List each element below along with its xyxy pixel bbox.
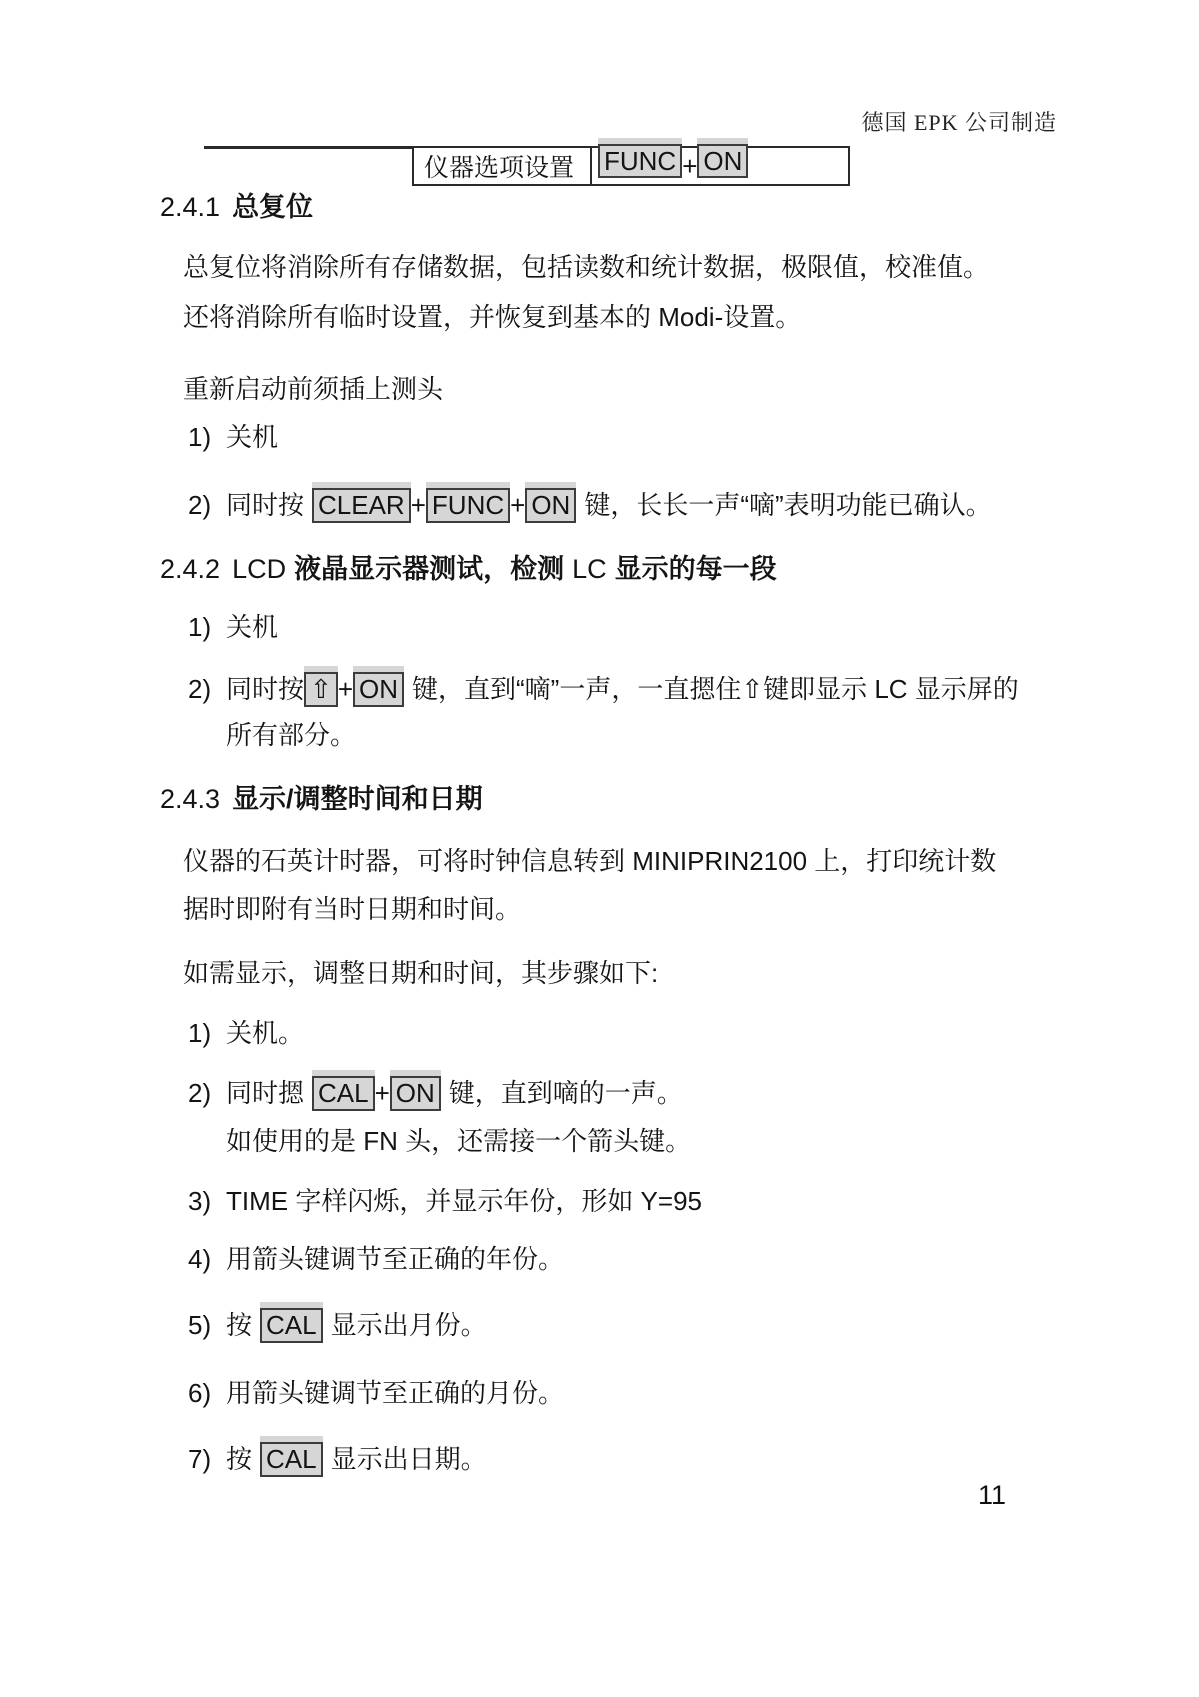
list-item-text: 同时摁: [226, 1078, 304, 1108]
section-title: 液晶显示器测试，检测: [294, 554, 564, 584]
plus-sign: +: [411, 490, 426, 520]
plus-sign: +: [375, 1078, 390, 1108]
cal-key: CAL: [260, 1442, 323, 1477]
paragraph-line: 重新启动前须插上测头: [183, 372, 443, 406]
list-item-text: 显示出月份。: [331, 1310, 487, 1340]
list-item-number: 3): [188, 1184, 226, 1218]
list-item: 1)关机: [188, 420, 278, 454]
list-item: 6)用箭头键调节至正确的月份。: [188, 1376, 564, 1410]
list-item: 2)同时摁CAL+ON键，直到嘀的一声。: [188, 1076, 683, 1111]
list-item-number: 1): [188, 610, 226, 644]
options-table-keys-cell: FUNC+ON: [592, 148, 848, 184]
list-item-text: 显示出日期。: [331, 1444, 487, 1474]
options-table-label-cell: 仪器选项设置: [414, 148, 592, 184]
list-item: 2)同时按CLEAR+FUNC+ON键，长长一声“嘀”表明功能已确认。: [188, 488, 992, 523]
section-title-latin: LCD: [232, 554, 286, 584]
section-title: 显示的每一段: [615, 554, 777, 584]
paragraph-line: 据时即附有当时日期和时间。: [183, 892, 521, 926]
list-item: 7)按CAL显示出日期。: [188, 1442, 487, 1477]
header-manufacturer: 德国 EPK 公司制造: [861, 106, 1057, 140]
list-item-text: 键，直到“嘀”一声，一直摁住⇧键即显示 LC 显示屏的: [412, 674, 1019, 704]
section-heading-2-4-3: 2.4.3显示/调整时间和日期: [160, 782, 483, 816]
document-page: 德国 EPK 公司制造 仪器选项设置 FUNC+ON 2.4.1总复位 总复位将…: [0, 0, 1199, 1697]
paragraph-line: 还将消除所有临时设置，并恢复到基本的 Modi-设置。: [183, 300, 801, 334]
section-heading-2-4-2: 2.4.2LCD液晶显示器测试，检测LC显示的每一段: [160, 552, 777, 586]
list-item-number: 7): [188, 1442, 226, 1476]
list-item: 1)关机。: [188, 1016, 304, 1050]
list-item-number: 2): [188, 672, 226, 706]
list-item-number: 6): [188, 1376, 226, 1410]
func-key: FUNC: [598, 144, 682, 179]
list-item-text: 关机: [226, 612, 278, 642]
list-item-number: 4): [188, 1242, 226, 1276]
func-key: FUNC: [426, 488, 510, 523]
clear-key: CLEAR: [312, 488, 411, 523]
on-key: ON: [697, 144, 748, 179]
list-item-number: 5): [188, 1308, 226, 1342]
list-item-text: TIME 字样闪烁，并显示年份，形如 Y=95: [226, 1186, 702, 1216]
list-item-text: 同时按: [226, 490, 304, 520]
options-table-label: 仪器选项设置: [424, 148, 574, 184]
paragraph-line: 总复位将消除所有存储数据，包括读数和统计数据，极限值，校准值。: [183, 250, 989, 284]
list-item-number: 2): [188, 1076, 226, 1110]
on-key: ON: [525, 488, 576, 523]
section-number: 2.4.2: [160, 554, 220, 584]
paragraph-line: 仪器的石英计时器，可将时钟信息转到 MINIPRIN2100 上，打印统计数: [183, 844, 996, 878]
on-key: ON: [390, 1076, 441, 1111]
list-item: 1)关机: [188, 610, 278, 644]
cal-key: CAL: [260, 1308, 323, 1343]
list-item-text: 关机。: [226, 1018, 304, 1048]
list-item-text: 按: [226, 1444, 252, 1474]
list-item: 3)TIME 字样闪烁，并显示年份，形如 Y=95: [188, 1184, 702, 1218]
list-item-text: 用箭头键调节至正确的月份。: [226, 1378, 564, 1408]
paragraph-line: 如需显示，调整日期和时间，其步骤如下:: [183, 956, 658, 990]
plus-sign: +: [682, 151, 697, 182]
cal-key: CAL: [312, 1076, 375, 1111]
section-number: 2.4.3: [160, 784, 220, 814]
plus-sign: +: [338, 674, 353, 704]
list-item-text: 用箭头键调节至正确的年份。: [226, 1244, 564, 1274]
list-item-text: 同时按: [226, 674, 304, 704]
page-number: 11: [978, 1478, 1006, 1512]
section-title: 总复位: [232, 192, 313, 222]
header-rule: [204, 146, 412, 149]
list-item-continuation: 如使用的是 FN 头，还需接一个箭头键。: [226, 1124, 691, 1158]
list-item-text: 按: [226, 1310, 252, 1340]
list-item-text: 键，直到嘀的一声。: [449, 1078, 683, 1108]
section-title-latin: LC: [572, 554, 607, 584]
list-item-continuation: 所有部分。: [226, 718, 356, 752]
section-title: 显示/调整时间和日期: [232, 784, 483, 814]
list-item-text: 键，长长一声“嘀”表明功能已确认。: [584, 490, 991, 520]
list-item: 4)用箭头键调节至正确的年份。: [188, 1242, 564, 1276]
section-heading-2-4-1: 2.4.1总复位: [160, 190, 313, 224]
section-number: 2.4.1: [160, 192, 220, 222]
list-item-number: 1): [188, 420, 226, 454]
plus-sign: +: [510, 490, 525, 520]
list-item-number: 1): [188, 1016, 226, 1050]
list-item-number: 2): [188, 488, 226, 522]
options-table: 仪器选项设置 FUNC+ON: [412, 146, 850, 186]
list-item-text: 关机: [226, 422, 278, 452]
on-key: ON: [353, 672, 404, 707]
shift-arrow-key: ⇧: [304, 672, 338, 707]
list-item: 5)按CAL显示出月份。: [188, 1308, 487, 1343]
list-item: 2)同时按⇧+ON键，直到“嘀”一声，一直摁住⇧键即显示 LC 显示屏的: [188, 672, 1019, 707]
